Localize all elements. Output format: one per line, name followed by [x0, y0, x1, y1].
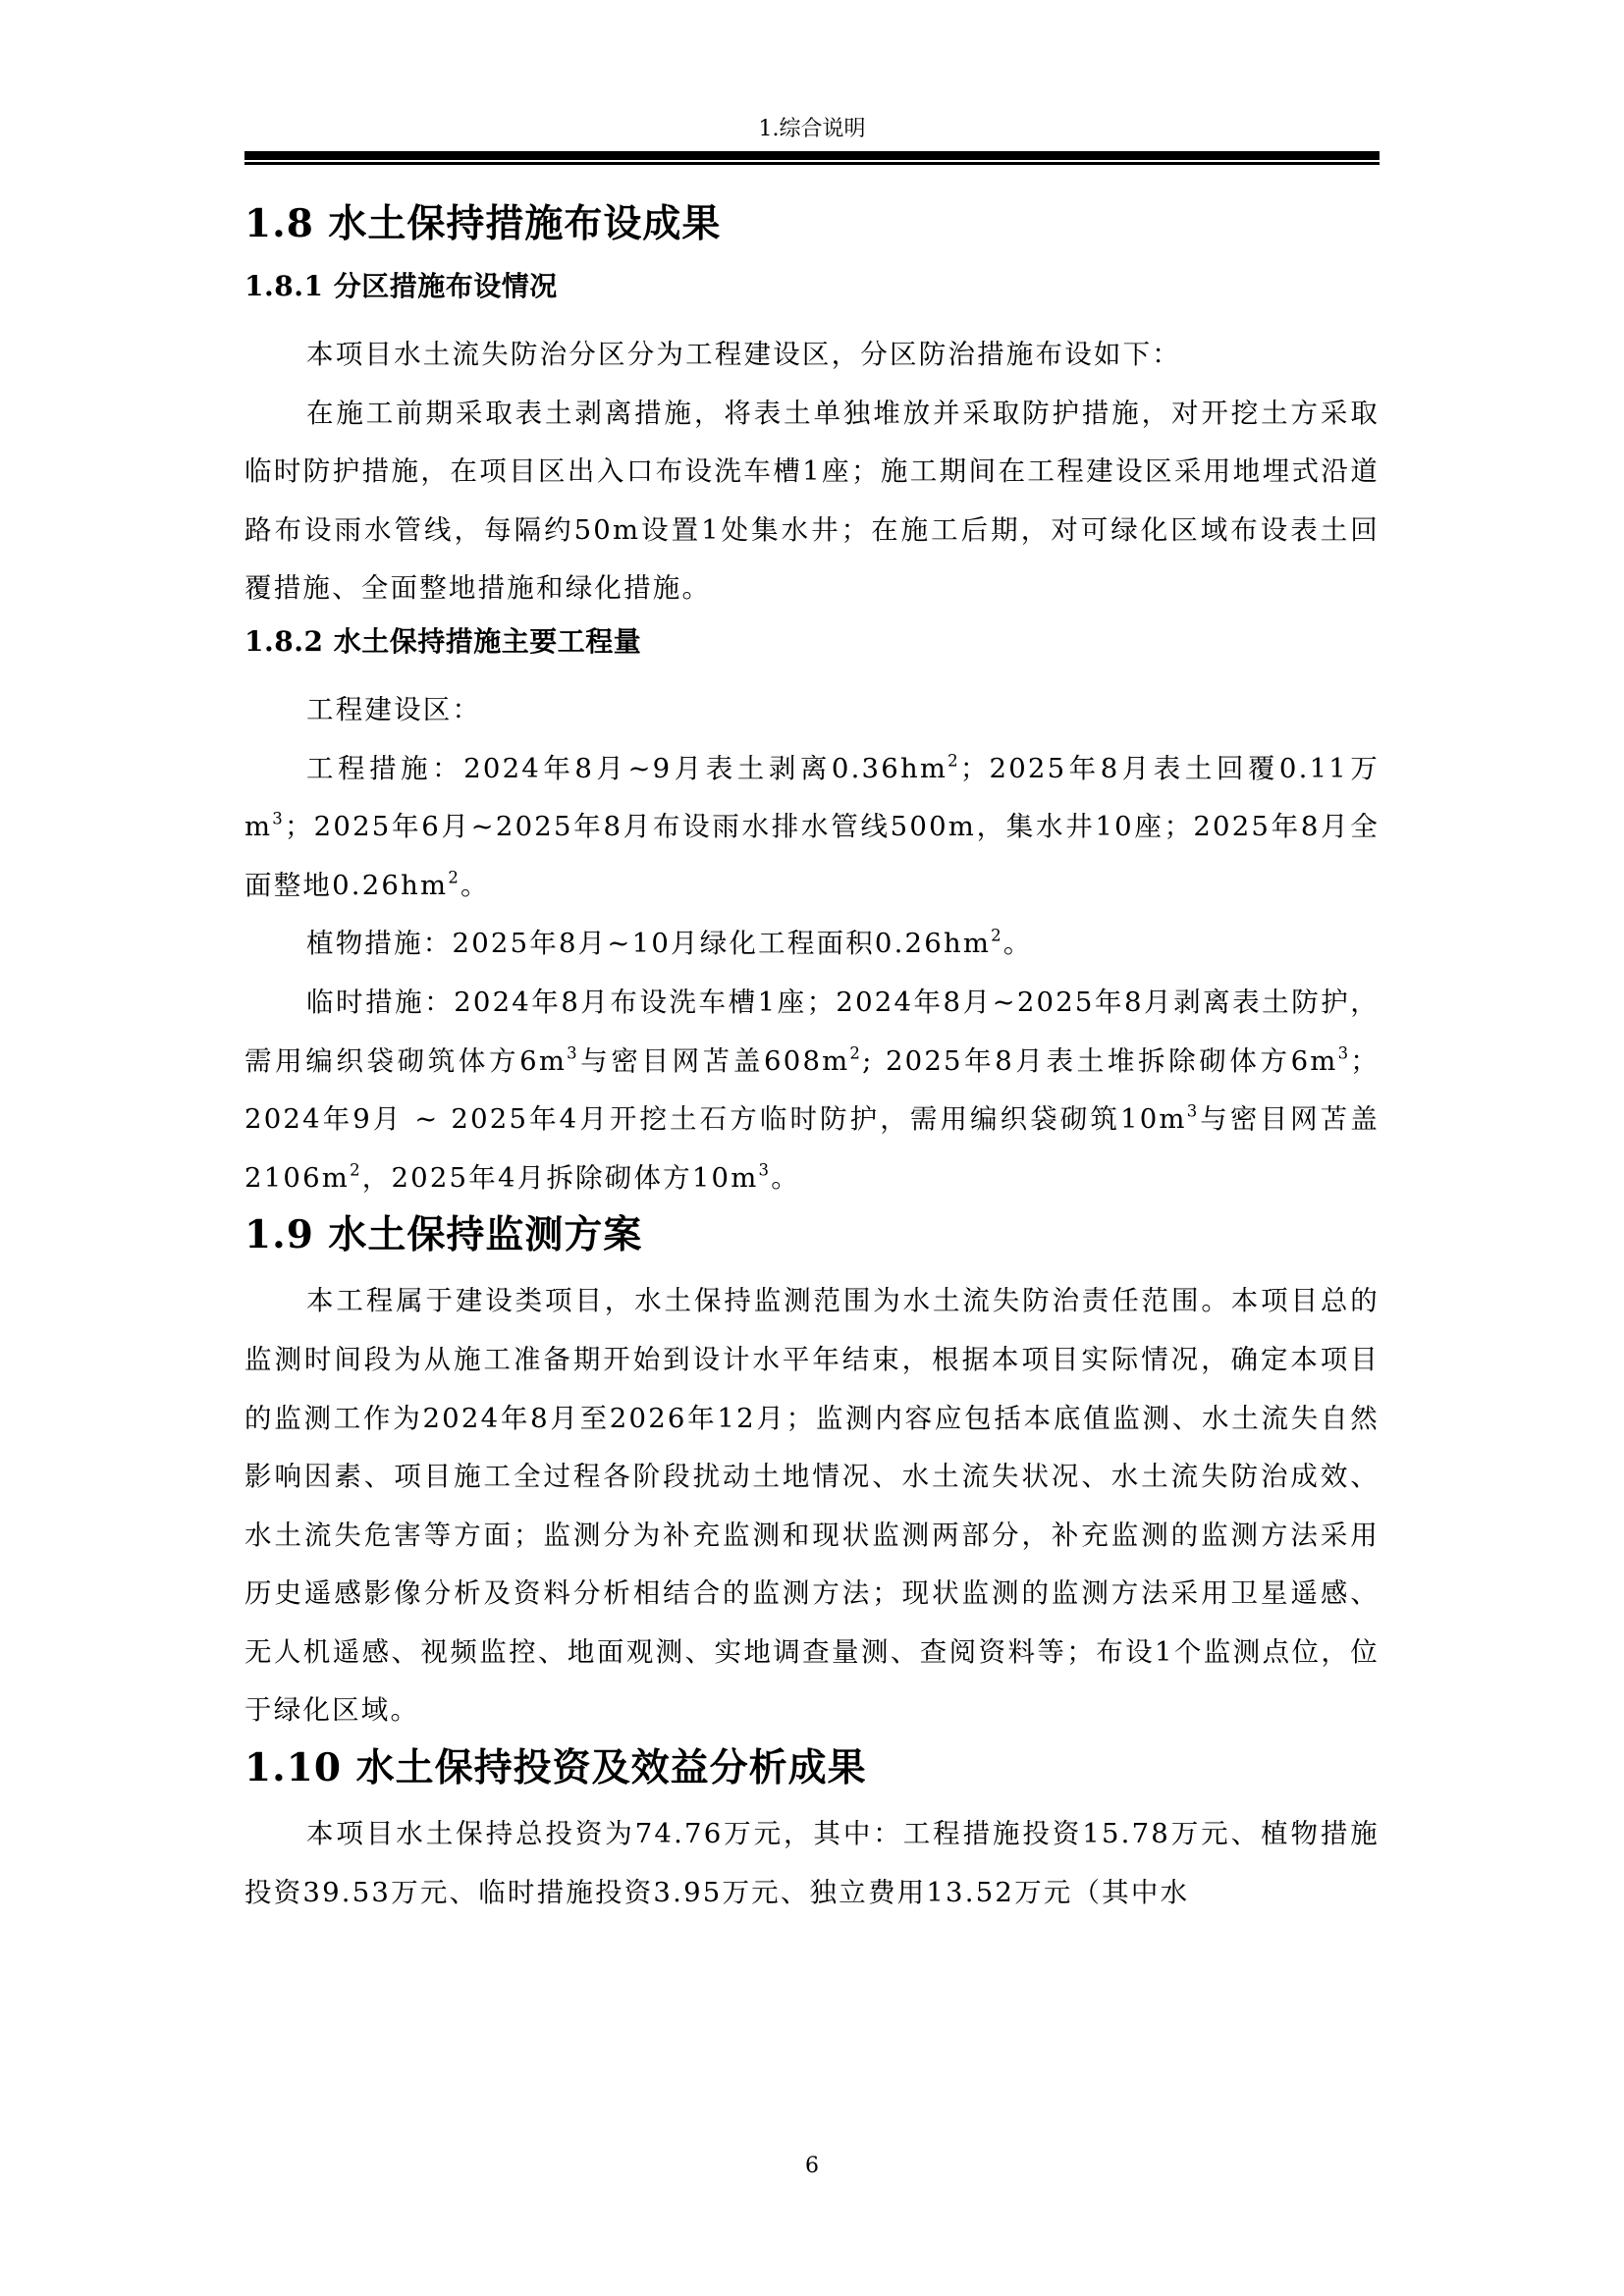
- heading-1-8-2: 1.8.2 水土保持措施主要工程量: [244, 618, 1380, 681]
- paragraph-zoning-intro: 本项目水土流失防治分区分为工程建设区，分区防治措施布设如下：: [244, 326, 1380, 385]
- heading-1-9: 1.9 水土保持监测方案: [244, 1207, 1380, 1272]
- running-header: 1.综合说明: [244, 116, 1380, 143]
- temporary-label: 临时措施：: [306, 987, 454, 1018]
- paragraph-vegetation-measures: 植物措施：2025年8月~10月绿化工程面积0.26hm2。: [244, 915, 1380, 974]
- paragraph-engineering-measures: 工程措施：2024年8月~9月表土剥离0.36hm2；2025年8月表土回覆0.…: [244, 740, 1380, 916]
- heading-1-10: 1.10 水土保持投资及效益分析成果: [244, 1740, 1380, 1805]
- header-rule-thin: [244, 162, 1380, 165]
- paragraph-zoning-measures: 在施工前期采取表土剥离措施，将表土单独堆放并采取防护措施，对开挖土方采取临时防护…: [244, 385, 1380, 618]
- paragraph-monitoring-plan: 本工程属于建设类项目，水土保持监测范围为水土流失防治责任范围。本项目总的监测时间…: [244, 1272, 1380, 1740]
- paragraph-temporary-measures: 临时措施：2024年8月布设洗车槽1座；2024年8月~2025年8月剥离表土防…: [244, 974, 1380, 1207]
- header-rule-thick: [244, 151, 1380, 160]
- page-content: 1.8 水土保持措施布设成果 1.8.1 分区措施布设情况 本项目水土流失防治分…: [244, 196, 1380, 1922]
- paragraph-investment-summary: 本项目水土保持总投资为74.76万元，其中：工程措施投资15.78万元、植物措施…: [244, 1805, 1380, 1922]
- paragraph-zone-label: 工程建设区：: [244, 681, 1380, 740]
- page-number: 6: [0, 2153, 1624, 2180]
- heading-1-8: 1.8 水土保持措施布设成果: [244, 196, 1380, 261]
- vegetation-label: 植物措施：: [306, 928, 453, 959]
- document-page: 1.综合说明 1.8 水土保持措施布设成果 1.8.1 分区措施布设情况 本项目…: [0, 0, 1624, 2296]
- heading-1-8-1: 1.8.1 分区措施布设情况: [244, 263, 1380, 326]
- engineering-label: 工程措施：: [306, 753, 463, 784]
